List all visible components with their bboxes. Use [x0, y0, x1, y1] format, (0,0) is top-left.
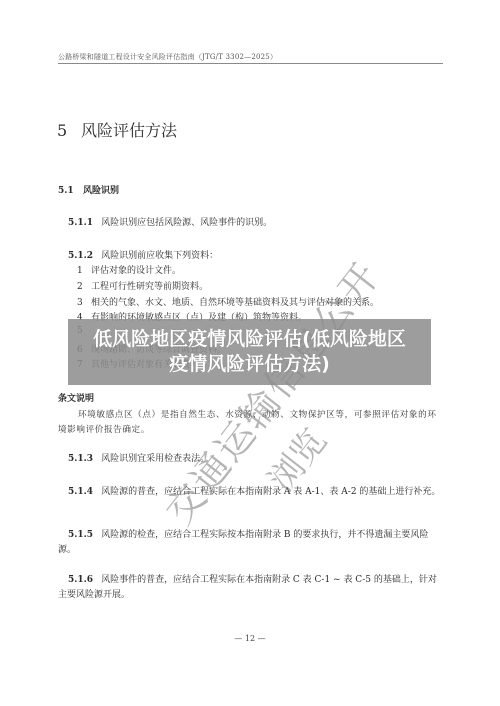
clause-number: 5.1.6: [68, 575, 93, 585]
clause-text: 风险源的检查，应结合工程实际按本指南附录 B 的要求执行，并不得遗漏主要风险源。: [58, 530, 428, 555]
header-rule: [58, 63, 443, 64]
clause-5-1-6: 5.1.6风险事件的普查，应结合工程实际在本指南附录 C 表 C-1 ~ 表 C…: [58, 573, 444, 603]
document-page: 公路桥梁和隧道工程设计安全风险评估指南（JTG/T 3302—2025） 5风险…: [0, 0, 500, 706]
list-item: 3相关的气象、水文、地质、自然环境等基础资料及其与评估对象的关系。: [77, 295, 379, 308]
section-title-text: 风险识别: [83, 186, 119, 196]
clause-number: 5.1.5: [68, 530, 93, 540]
running-header: 公路桥梁和隧道工程设计安全风险评估指南（JTG/T 3302—2025）: [58, 52, 277, 62]
clause-5-1-2: 5.1.2风险识别前应收集下列资料：: [68, 248, 218, 261]
list-item: 1评估对象的设计文件。: [77, 263, 181, 276]
list-item: 2工程可行性研究等前期资料。: [77, 279, 208, 292]
chapter-number: 5: [57, 121, 81, 140]
clause-number: 5.1.1: [68, 218, 93, 228]
note-heading: 条文说明: [58, 391, 94, 404]
clause-text: 风险事件的普查，应结合工程实际在本指南附录 C 表 C-1 ~ 表 C-5 的基…: [58, 575, 437, 600]
clause-5-1-1: 5.1.1风险识别应包括风险源、风险事件的识别。: [68, 215, 272, 228]
chapter-title-text: 风险评估方法: [81, 121, 177, 140]
clause-number: 5.1.3: [68, 454, 93, 464]
section-title: 5.1风险识别: [58, 183, 119, 196]
page-number: — 12 —: [0, 634, 500, 643]
chapter-title: 5风险评估方法: [57, 118, 177, 141]
note-body: 环境敏感点区（点）是指自然生态、水资源、动物、文物保护区等，可参照评估对象的环境…: [58, 408, 443, 438]
clause-number: 5.1.4: [68, 487, 93, 497]
overlay-title: 低风险地区疫情风险评估(低风险地区疫情风险评估方法): [85, 327, 415, 377]
section-number: 5.1: [58, 186, 83, 196]
clause-number: 5.1.2: [68, 251, 93, 261]
clause-5-1-4: 5.1.4风险源的普查，应结合工程实际在本指南附录 A 表 A-1、表 A-2 …: [58, 485, 444, 500]
clause-text: 风险识别前应收集下列资料：: [101, 251, 218, 261]
clause-text: 风险识别宜采用检查表法。: [101, 454, 209, 464]
overlay-title-banner: 低风险地区疫情风险评估(低风险地区疫情风险评估方法): [68, 319, 431, 385]
clause-text: 风险源的普查，应结合工程实际在本指南附录 A 表 A-1、表 A-2 的基础上进…: [101, 487, 440, 497]
clause-text: 风险识别应包括风险源、风险事件的识别。: [101, 218, 272, 228]
clause-5-1-5: 5.1.5风险源的检查，应结合工程实际按本指南附录 B 的要求执行，并不得遗漏主…: [58, 528, 444, 558]
clause-5-1-3: 5.1.3风险识别宜采用检查表法。: [58, 452, 444, 467]
